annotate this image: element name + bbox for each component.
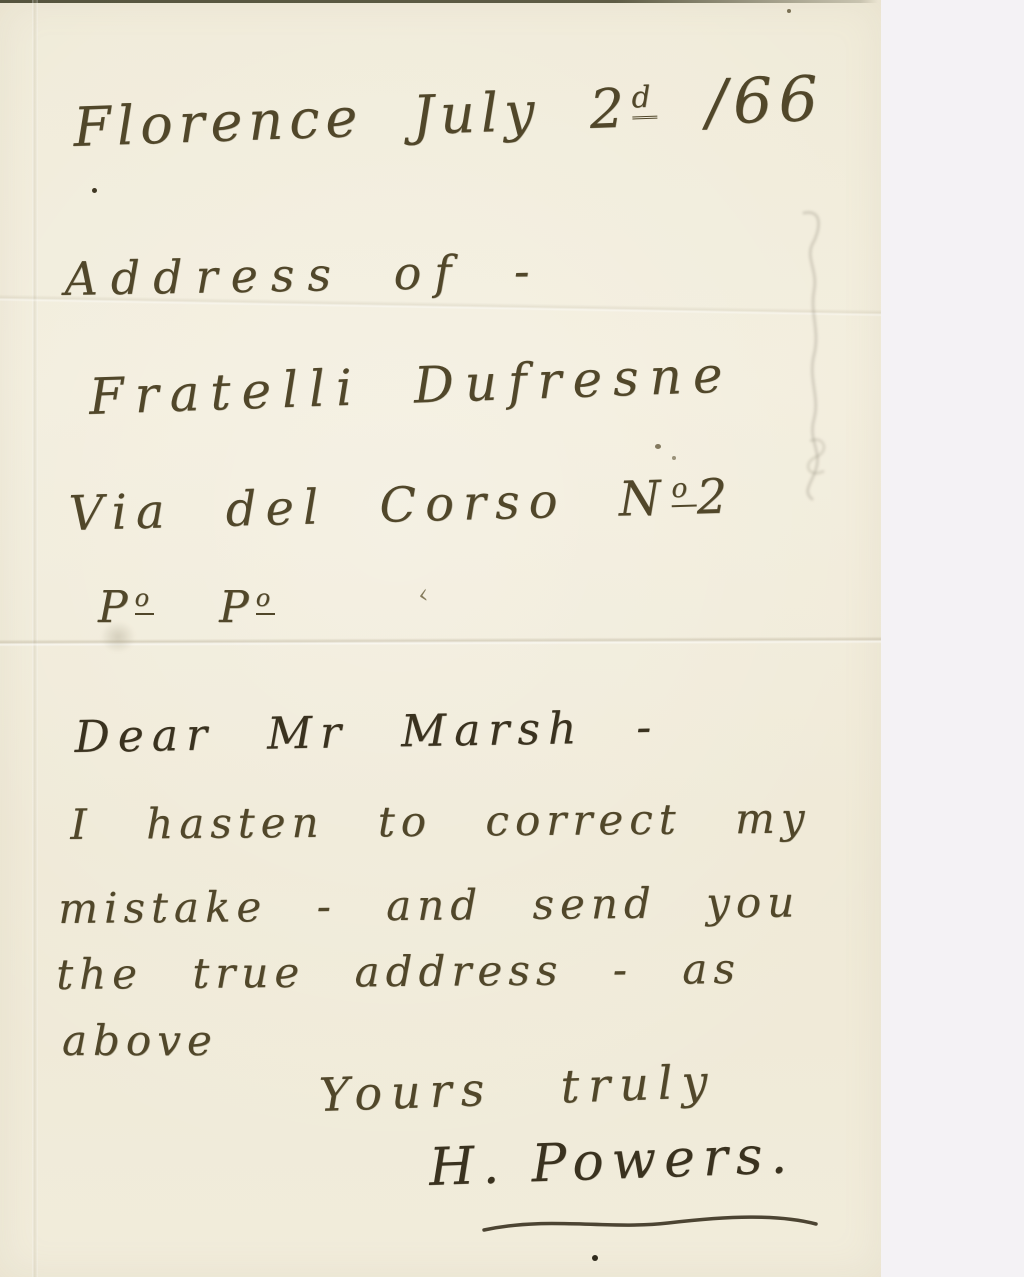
signature-flourish [478,1210,823,1240]
street-number-label: N [618,470,670,527]
street-line: Via del Corso No2 [68,469,737,542]
dateline: Florence July 2d /66 [72,62,825,161]
dateline-date: July 2 [411,77,631,148]
ink-dot [592,1255,598,1261]
ink-speck [672,456,676,460]
floor-line: Po Po [98,582,275,633]
street-number-suffix: o [671,473,697,508]
ink-dot [92,188,97,193]
ink-speck [787,9,791,13]
dateline-year: /66 [705,62,825,139]
stray-pen-mark: ‹ [414,579,432,611]
floor-p2: P [219,582,254,633]
body-line: I hasten to correct my [70,794,811,849]
floor-o1: o [135,584,155,615]
addressee-line: Fratelli Dufresne [88,346,734,426]
letter-page: Florence July 2d /66 Address of - Fratel… [0,0,881,1277]
paper-top-edge [0,0,878,3]
signature: H. Powers. [428,1125,796,1198]
salutation: Dear Mr Marsh - [74,702,660,763]
ink-speck [655,444,661,449]
street-number: 2 [696,469,737,526]
dateline-date-suffix: d [631,80,657,120]
floor-p1: P [98,582,133,633]
closing: Yours truly [318,1054,717,1122]
body-line: above [62,1016,218,1065]
address-heading: Address of - [64,244,543,306]
scan-background [881,0,1024,1277]
faint-pencil-marks [790,205,842,505]
body-line: mistake - and send you [58,878,800,933]
body-line: the true address - as [56,944,741,999]
floor-o2: o [256,584,276,615]
dateline-place: Florence [72,86,364,159]
street-name: Via del Corso [68,473,567,542]
